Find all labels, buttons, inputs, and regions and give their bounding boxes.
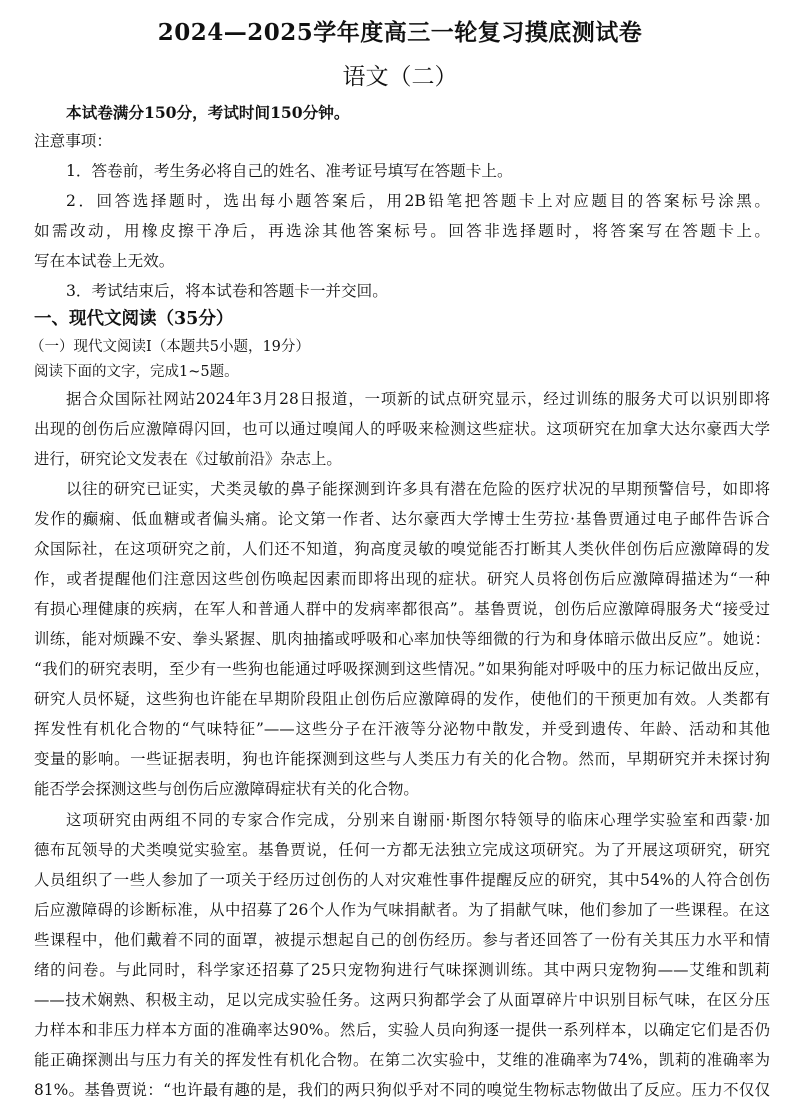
notice-heading: 注意事项： xyxy=(34,131,770,151)
exam-subject-title: 语文（二） xyxy=(0,58,800,91)
notice-item-1: 1．答卷前，考生务必将自己的姓名、准考证号填写在答题卡上。 xyxy=(66,161,800,181)
exam-title: 2024—2025学年度高三一轮复习摸底测试卷 xyxy=(0,14,800,47)
reading-instruction: 阅读下面的文字，完成1~5题。 xyxy=(34,362,770,382)
passage-line: 变量的影响。一些证据表明，狗也许能探测到这些与人类压力有关的化合物。然而，早期研… xyxy=(34,749,770,769)
exam-info: 本试卷满分150分，考试时间150分钟。 xyxy=(66,103,800,123)
passage-line: 绪的问卷。与此同时，科学家还招募了25只宠物狗进行气味探测训练。其中两只宠物狗—… xyxy=(34,960,770,980)
passage-line: ——技术娴熟、积极主动，足以完成实验任务。这两只狗都学会了从面罩碎片中识别目标气… xyxy=(34,990,770,1010)
notice-item-2-cont: 如需改动，用橡皮擦干净后，再选涂其他答案标号。回答非选择题时，将答案写在答题卡上… xyxy=(34,221,770,241)
passage-line: 出现的创伤后应激障碍闪回，也可以通过嗅闻人的呼吸来检测这些症状。这项研究在加拿大… xyxy=(34,419,770,439)
passage-line: 人员组织了一些人参加了一项关于经历过创伤的人对灾难性事件提醒反应的研究，其中54… xyxy=(34,870,770,890)
passage-line: 这项研究由两组不同的专家合作完成，分别来自谢丽·斯图尔特领导的临床心理学实验室和… xyxy=(66,810,770,830)
passage-line: 以往的研究已证实，犬类灵敏的鼻子能探测到许多具有潜在危险的医疗状况的早期预警信号… xyxy=(66,479,770,499)
passage-line: 据合众国际社网站2024年3月28日报道，一项新的试点研究显示，经过训练的服务犬… xyxy=(66,389,770,409)
exam-page: 2024—2025学年度高三一轮复习摸底测试卷 语文（二） 本试卷满分150分，… xyxy=(0,0,800,1108)
passage-line: 进行，研究论文发表在《过敏前沿》杂志上。 xyxy=(34,449,770,469)
notice-item-2: 2．回答选择题时，选出每小题答案后，用2B铅笔把答题卡上对应题目的答案标号涂黑。 xyxy=(66,191,770,211)
passage-line: 发作的癫痫、低血糖或者偏头痛。论文第一作者、达尔豪西大学博士生劳拉·基鲁贾通过电… xyxy=(34,509,770,529)
passage-line: 作，或者提醒他们注意因这些创伤唤起因素而即将出现的症状。研究人员将创伤后应激障碍… xyxy=(34,569,770,589)
subsection-heading: （一）现代文阅读Ⅰ（本题共5小题，19分） xyxy=(30,337,766,357)
passage-line: 能正确探测出与压力有关的挥发性有机化合物。在第二次实验中，艾维的准确率为74%，… xyxy=(34,1050,770,1070)
notice-item-3: 3．考试结束后，将本试卷和答题卡一并交回。 xyxy=(66,281,800,301)
notice-item-2-end: 写在本试卷上无效。 xyxy=(34,251,770,271)
passage-line: 力样本和非压力样本方面的准确率达90%。然后，实验人员向狗逐一提供一系列样本，以… xyxy=(34,1020,770,1040)
passage-line: 众国际社，在这项研究之前，人们还不知道，狗高度灵敏的嗅觉能否打断其人类伙伴创伤后… xyxy=(34,539,770,559)
section-heading: 一、现代文阅读（35分） xyxy=(34,309,770,329)
passage-line: 训练，能对烦躁不安、拳头紧握、肌肉抽搐或呼吸和心率加快等细微的行为和身体暗示做出… xyxy=(34,629,770,649)
passage-line: 后应激障碍的诊断标准，从中招募了26个人作为气味捐献者。为了捐献气味，他们参加了… xyxy=(34,900,770,920)
passage-line: “我们的研究表明，至少有一些狗也能通过呼吸探测到这些情况。”如果狗能对呼吸中的压… xyxy=(34,659,770,679)
passage-line: 挥发性有机化合物的“气味特征”——这些分子在汗液等分泌物中散发，并受到遗传、年龄… xyxy=(34,719,770,739)
passage-line: 有损心理健康的疾病，在军人和普通人群中的发病率都很高”。基鲁贾说，创伤后应激障碍… xyxy=(34,599,770,619)
passage-line: 德布瓦领导的犬类嗅觉实验室。基鲁贾说，任何一方都无法独立完成这项研究。为了开展这… xyxy=(34,840,770,860)
passage-line: 研究人员怀疑，这些狗也许能在早期阶段阻止创伤后应激障碍的发作，使他们的干预更加有… xyxy=(34,689,770,709)
passage-line: 能否学会探测这些与创伤后应激障碍症状有关的化合物。 xyxy=(34,779,770,799)
passage-line: 些课程中，他们戴着不同的面罩，被提示想起自己的创伤经历。参与者还回答了一份有关其… xyxy=(34,930,770,950)
passage-line: 81%。基鲁贾说：“也许最有趣的是，我们的两只狗似乎对不同的嗅觉生物标志物做出了… xyxy=(34,1080,770,1100)
